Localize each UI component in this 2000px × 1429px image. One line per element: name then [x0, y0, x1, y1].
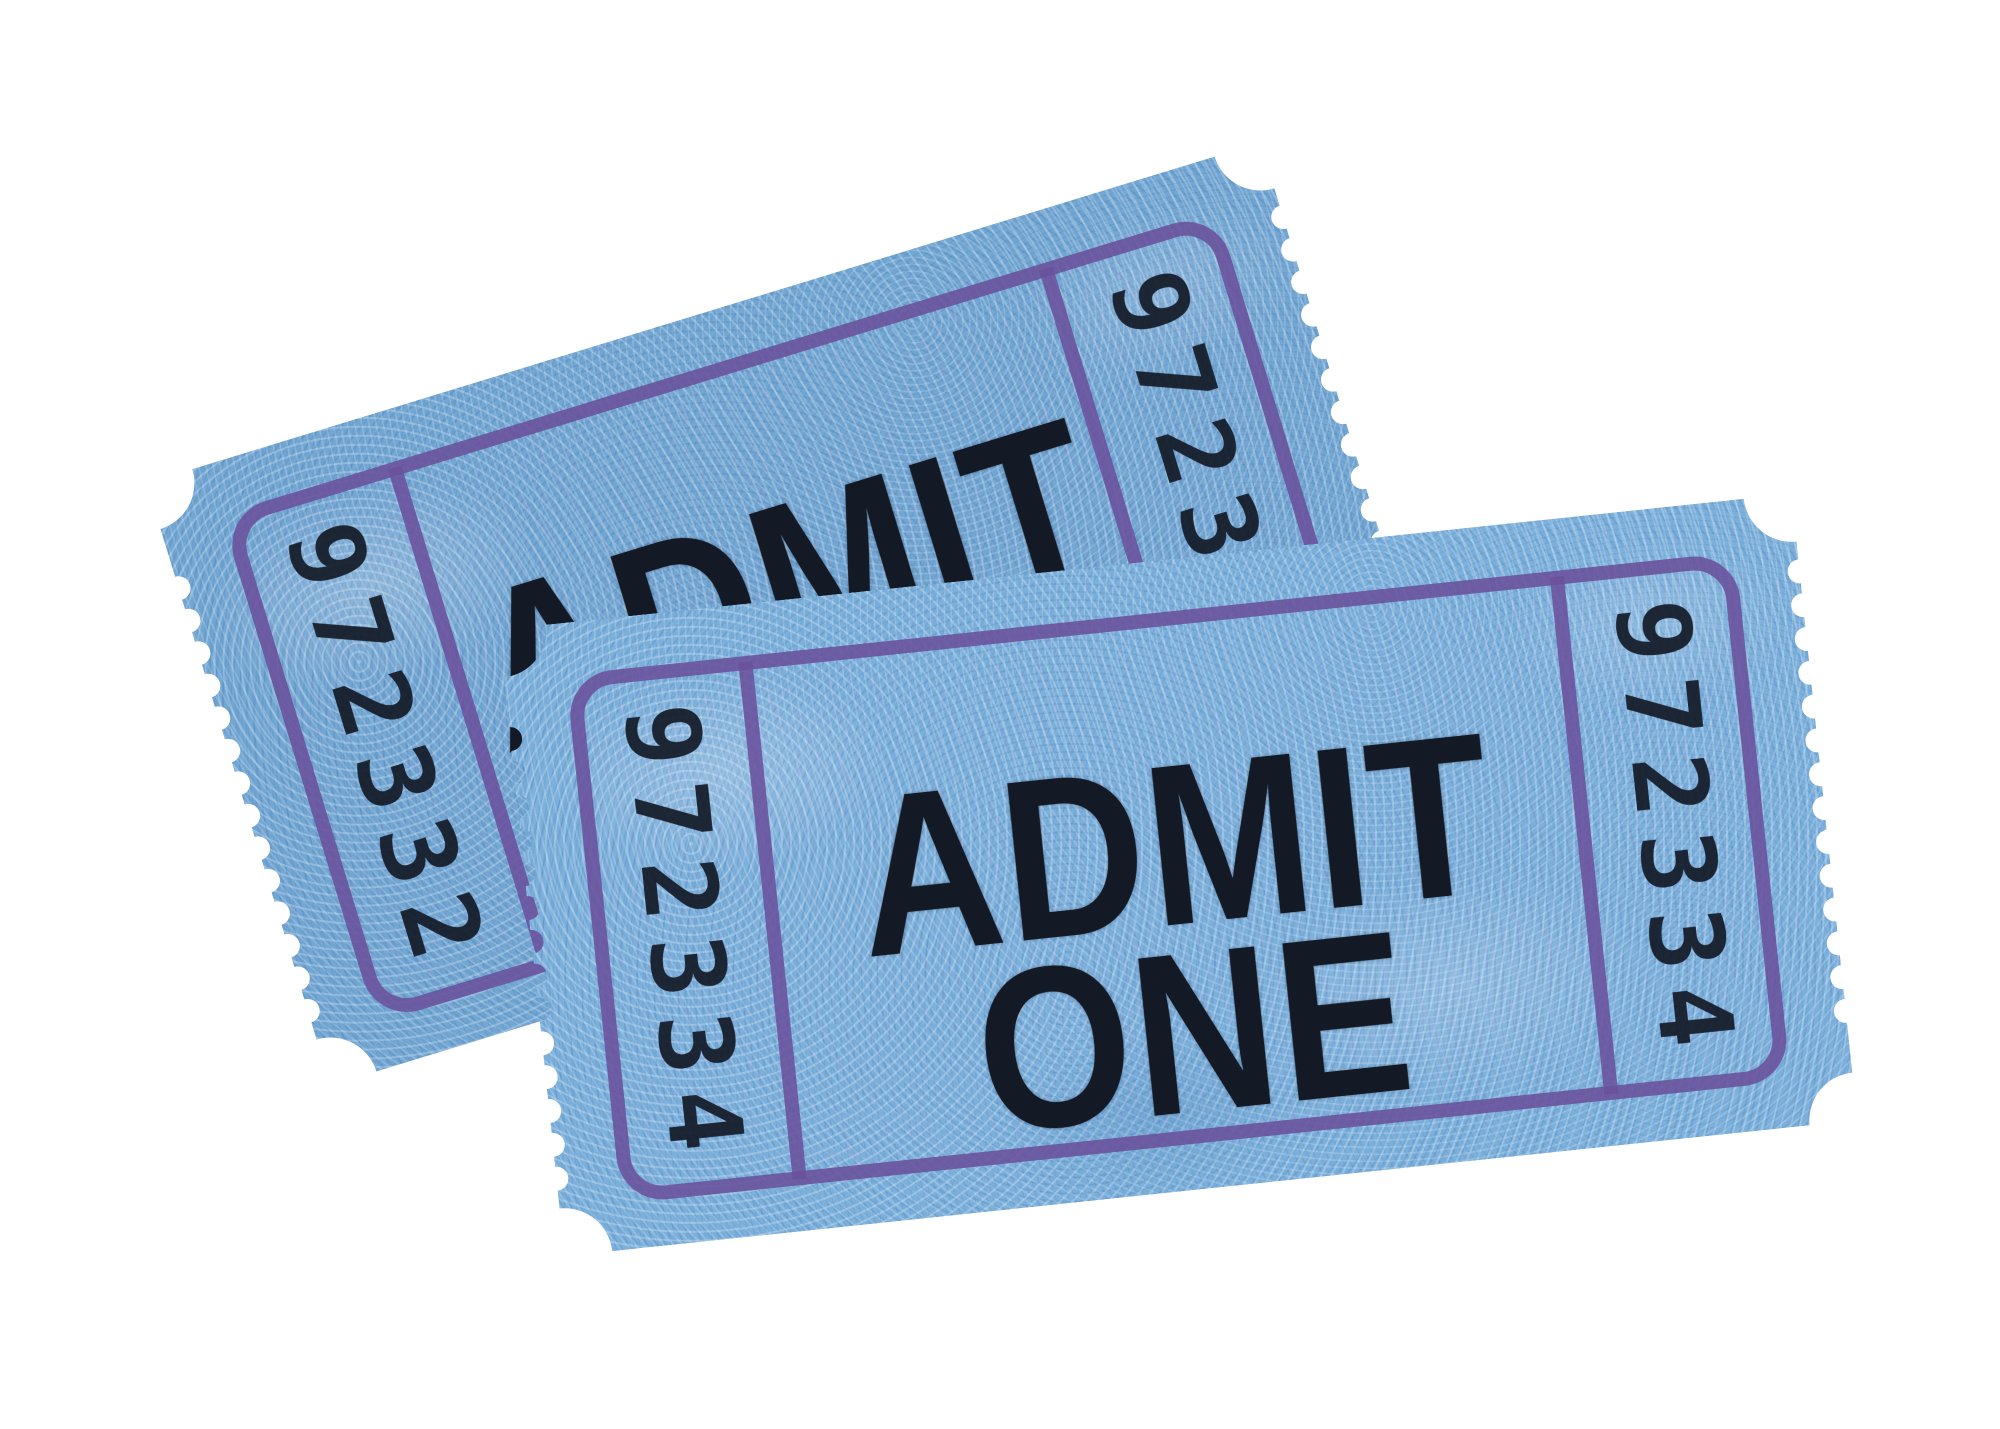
tickets-photo: 972332 972332 ADMIT ONE 972334 972334 AD…: [0, 0, 2000, 1429]
one-text: ONE: [967, 900, 1422, 1162]
